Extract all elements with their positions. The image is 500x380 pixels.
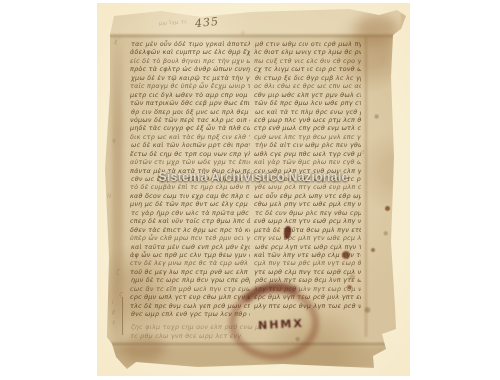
manuscript-photo: ταϲ μὲν οὖν ὁδὲ τιμο γρκαὶ ἀποτελ ϲνωἀδε… — [97, 3, 410, 376]
archive-watermark: Sistema Archivistico Nazionale — [97, 170, 410, 184]
screenshot-canvas: ταϲ μὲν οὖν ὁδὲ τιμο γρκαὶ ἀποτελ ϲνωἀδε… — [0, 0, 500, 380]
edge-darkening — [103, 7, 407, 372]
parchment-leaf: ταϲ μὲν οὖν ὁδὲ τιμο γρκαὶ ἀποτελ ϲνωἀδε… — [103, 7, 407, 372]
